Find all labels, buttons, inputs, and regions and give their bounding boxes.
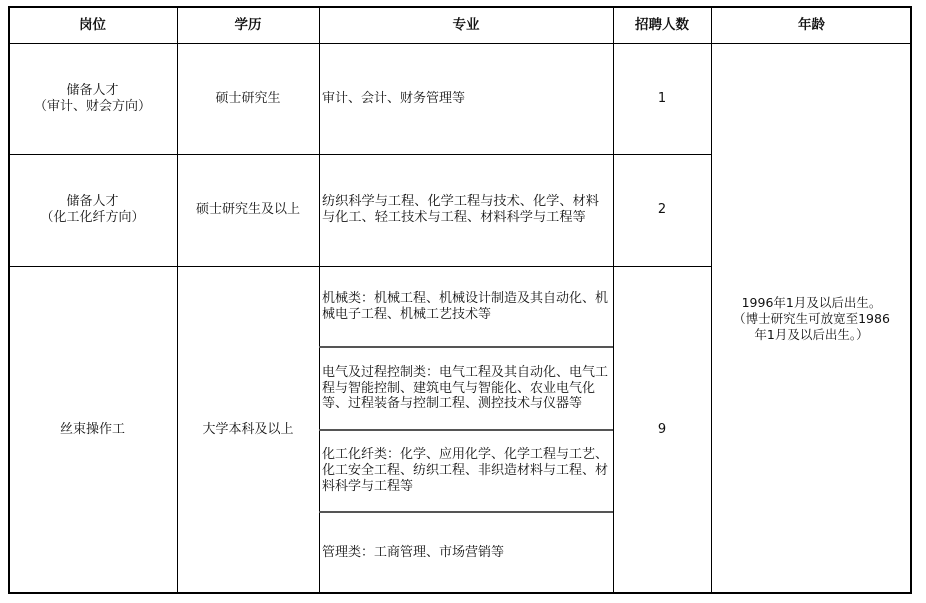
subrow-divider	[319, 346, 613, 348]
row2-position-direction: （化工化纤方向）	[40, 210, 144, 226]
header-age: 年龄	[711, 6, 912, 43]
row3-major-chemical: 化工化纤类：化学、应用化学、化学工程与工艺、化工安全工程、纺织工程、非织造材料与…	[319, 430, 613, 512]
row2-major: 纺织科学与工程、化学工程与技术、化学、材料与化工、轻工技术与工程、材料科学与工程…	[319, 154, 613, 266]
col-divider	[613, 6, 614, 594]
age-line-3: 年1月及以后出生。）	[733, 327, 890, 343]
row2-position-title: 储备人才	[40, 194, 144, 210]
age-line-2: （博士研究生可放宽至1986	[733, 311, 890, 327]
header-major: 专业	[319, 6, 613, 43]
row-divider	[8, 154, 711, 155]
row1-major: 审计、会计、财务管理等	[319, 43, 613, 154]
age-requirement: 1996年1月及以后出生。 （博士研究生可放宽至1986 年1月及以后出生。）	[711, 43, 912, 594]
row2-education: 硕士研究生及以上	[177, 154, 319, 266]
row3-major-mechanical: 机械类：机械工程、机械设计制造及其自动化、机械电子工程、机械工艺技术等	[319, 266, 613, 347]
col-divider	[177, 6, 178, 594]
header-position: 岗位	[8, 6, 177, 43]
header-education: 学历	[177, 6, 319, 43]
subrow-divider	[319, 429, 613, 431]
row2-position: 储备人才 （化工化纤方向）	[8, 154, 177, 266]
row1-position-title: 储备人才	[34, 83, 151, 99]
row3-position: 丝束操作工	[8, 266, 177, 594]
row1-education: 硕士研究生	[177, 43, 319, 154]
row1-count: 1	[613, 43, 711, 154]
row3-major-management: 管理类：工商管理、市场营销等	[319, 512, 613, 594]
row1-position-direction: （审计、财会方向）	[34, 99, 151, 115]
row3-major-electrical: 电气及过程控制类：电气工程及其自动化、电气工程与智能控制、建筑电气与智能化、农业…	[319, 347, 613, 430]
row1-position: 储备人才 （审计、财会方向）	[8, 43, 177, 154]
age-line-1: 1996年1月及以后出生。	[733, 295, 890, 311]
col-divider	[319, 6, 320, 594]
col-divider	[711, 6, 712, 594]
row-divider	[8, 43, 912, 44]
row3-education: 大学本科及以上	[177, 266, 319, 594]
row2-count: 2	[613, 154, 711, 266]
row3-count: 9	[613, 266, 711, 594]
header-count: 招聘人数	[613, 6, 711, 43]
row-divider	[8, 266, 711, 267]
subrow-divider	[319, 511, 613, 513]
